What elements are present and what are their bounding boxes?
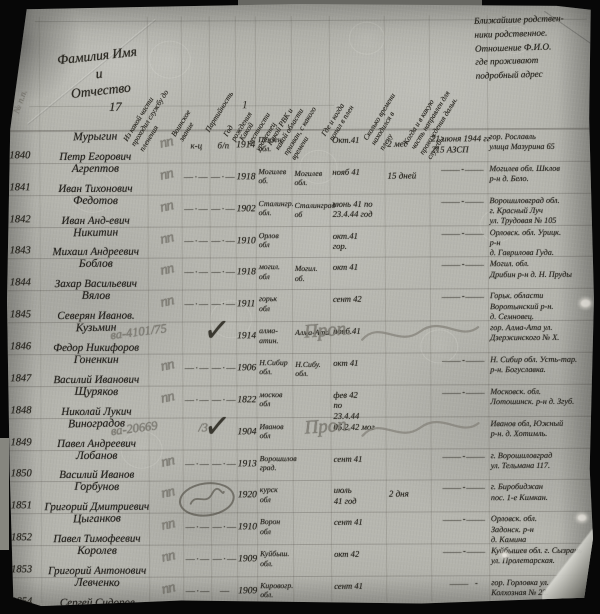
party-membership: —·— bbox=[207, 172, 241, 181]
given-name-patronymic: Василий Иванович bbox=[34, 373, 158, 386]
table-row: 1852ЦыганковПавел Тимофеевичпп—·——·—1910… bbox=[9, 511, 595, 545]
surname: Королев bbox=[43, 545, 151, 557]
capture-date: окт 42 bbox=[334, 549, 390, 560]
sent-to-unit: 21 июня 1944 гг 215 АЗСП bbox=[431, 133, 493, 155]
birthplace: Кировогр. обл. bbox=[260, 581, 298, 600]
given-name-patronymic: Иван Анд-евич bbox=[34, 214, 158, 227]
pencil-note-annotation: Проп. bbox=[304, 414, 352, 439]
surname: Щуряков bbox=[42, 385, 150, 398]
draft-place: Могилев обл. bbox=[294, 169, 334, 188]
draft-place: Сталинград об bbox=[295, 201, 335, 220]
surname: Горбунов bbox=[43, 481, 151, 494]
birthplace: Н.Сибир обл. bbox=[259, 358, 297, 377]
surname: Агрептов bbox=[41, 163, 149, 175]
birthplace: Могилев об. bbox=[258, 167, 296, 186]
surname: Никитин bbox=[42, 225, 150, 239]
birthplace: Сталингр. обл. bbox=[259, 199, 297, 218]
birthplace: Пензен. обл. bbox=[258, 135, 296, 154]
given-name-patronymic: Сергей Сидоров bbox=[35, 597, 159, 610]
table-row: 1847ГоненкинВасилий Ивановичпп—·——·—1906… bbox=[8, 352, 594, 386]
column-header-relatives: Ближайшие родствен- ники родственное. От… bbox=[474, 11, 596, 84]
capture-date: июль 41 год bbox=[334, 485, 390, 506]
draft-place: Н.Сибу. обл. bbox=[295, 360, 335, 379]
surname: Лобанов bbox=[43, 449, 151, 461]
record-rows: 1840МурыгинПетр Егоровичппк-цб/п1914Пенз… bbox=[7, 129, 595, 610]
relatives-address: Орловск. обл. Урицк. р-н д. Гаврилова Гу… bbox=[490, 227, 592, 258]
capture-date: окт.41 гор. bbox=[333, 230, 389, 251]
party-membership: —·— bbox=[207, 300, 241, 309]
party-membership: —·— bbox=[207, 204, 241, 213]
capture-date: окт 41 bbox=[333, 262, 389, 273]
sheet-number: 17 bbox=[109, 100, 122, 115]
surname: Левченко bbox=[43, 577, 151, 590]
ledger-sheet: № п.п. Фамилия Имя и Отчество 17 1 Ближа… bbox=[0, 0, 600, 614]
capture-date: июнь 41 по 23.4.44 год bbox=[333, 198, 389, 219]
check-mark-annotation: ✓ bbox=[202, 405, 232, 448]
party-membership: —·— bbox=[208, 554, 242, 563]
given-name-patronymic: Павел Тимофеевич bbox=[35, 533, 159, 546]
surname: Мурыгин bbox=[41, 130, 149, 144]
party-membership: —·— bbox=[207, 236, 241, 245]
surname: Цыганков bbox=[43, 512, 151, 526]
captivity-duration: 2 мес bbox=[387, 138, 433, 148]
page-corner-fold bbox=[542, 527, 600, 613]
party-membership: — bbox=[208, 586, 242, 595]
capture-date: Окт.41 bbox=[332, 135, 388, 146]
given-name-patronymic: Григорий Антонович bbox=[35, 565, 159, 578]
table-row: 1850ЛобановВасилий Ивановпп—·——·—1913Вор… bbox=[9, 447, 595, 481]
given-name-patronymic: Петр Егорович bbox=[33, 150, 157, 163]
relatives-address: Могил. обл. Дрибин р-н д. Н. Пруды bbox=[490, 259, 592, 280]
given-name-patronymic: Захар Васильевич bbox=[34, 278, 158, 291]
paper-hole bbox=[577, 514, 587, 522]
military-rank: к-ц bbox=[183, 140, 209, 150]
birthplace: горьк обл bbox=[259, 294, 297, 313]
unit-pencil-mark: пп bbox=[148, 131, 185, 155]
birthplace: Куйбыш. обл. bbox=[260, 549, 298, 568]
margin-note: № п.п. bbox=[11, 88, 29, 114]
pencil-flourish bbox=[360, 323, 480, 355]
table-row: 1842ФедотовИван Анд-евичпп—·——·—1902Стал… bbox=[8, 192, 594, 226]
party-membership: —·— bbox=[207, 395, 241, 404]
relatives-address: Горьк. области Воротынский р-н. д. Семно… bbox=[490, 291, 592, 322]
party-membership: —·— bbox=[207, 363, 241, 372]
table-row: 1840МурыгинПетр Егоровичппк-цб/п1914Пенз… bbox=[7, 129, 593, 163]
pencil-note-annotation: Проп. bbox=[303, 318, 351, 343]
birthplace: курск обл bbox=[260, 485, 298, 504]
paper-hole bbox=[501, 552, 508, 558]
column-header-name: Фамилия Имя и Отчество bbox=[40, 41, 157, 106]
table-row: 1841АгрептовИван Тихоновичпп—·——·—1918Мо… bbox=[7, 161, 593, 195]
relatives-address: Могилев обл. Шклов р-н д. Бело. bbox=[489, 164, 591, 185]
birthplace: москов обл bbox=[259, 390, 297, 409]
party-membership: —·— bbox=[208, 459, 242, 468]
scanned-document-photo: № п.п. Фамилия Имя и Отчество 17 1 Ближа… bbox=[0, 0, 600, 614]
birthplace: Орлов обл bbox=[259, 231, 297, 250]
given-name-patronymic: Павел Андреевич bbox=[35, 437, 159, 450]
given-name-patronymic: Иван Тихонович bbox=[33, 182, 157, 195]
capture-date: окт 41 bbox=[333, 358, 389, 369]
relatives-address: г. Ворошиловград ул. Тельмана 117. bbox=[491, 450, 593, 471]
birthplace: могил. обл bbox=[259, 262, 297, 281]
table-row: 1848ЩуряковНиколай Лукичпп—·——·—1822моск… bbox=[8, 384, 594, 418]
surname: Боблов bbox=[42, 258, 150, 270]
birthplace: Ворошилов град. bbox=[260, 454, 298, 473]
table-row: 1846КузьминФедор Никифоров1914алма- атин… bbox=[8, 320, 594, 354]
table-row: 1845ВяловСеверян Иванов.пп—·——·—1911горь… bbox=[8, 288, 594, 322]
relatives-address: Иванов обл, Южный р-н. д. Хотимль. bbox=[490, 418, 592, 439]
watermark-ring bbox=[349, 22, 385, 55]
party-membership: —·— bbox=[208, 523, 242, 532]
table-row: 1843НикитинМихаил Андреевичпп—·——·—1910О… bbox=[8, 224, 594, 258]
relatives-address: Ворошиловград обл. г. Красный Луч ул. Тр… bbox=[490, 195, 592, 226]
surname: Федотов bbox=[41, 194, 149, 207]
table-row: 1851ГорбуновГригорий Дмитриевичпп1920кур… bbox=[9, 479, 595, 513]
capture-date: сент 41 bbox=[334, 581, 390, 592]
pencil-flourish bbox=[360, 419, 480, 451]
paper-hole bbox=[580, 299, 591, 308]
check-mark-annotation: ✓ bbox=[202, 309, 232, 352]
relatives-address: гор. Алма-Ата ул. Дзержинского № Х. bbox=[490, 323, 592, 344]
adjacent-page-sliver-left bbox=[0, 438, 9, 550]
capture-date: сент 41 bbox=[334, 453, 390, 464]
capture-date: сент 42 bbox=[333, 294, 389, 305]
surname: Гоненкин bbox=[42, 354, 150, 366]
birthplace: алма- атин. bbox=[259, 326, 297, 345]
table-row: 1849ВиноградовПавел Андреевич1904Иванов … bbox=[8, 415, 594, 449]
capture-date: сент 41 bbox=[334, 517, 390, 528]
birthplace: Иванов обл bbox=[260, 422, 298, 441]
party-membership: б/п bbox=[210, 140, 236, 150]
draft-place: Могил. об. bbox=[295, 264, 335, 283]
relatives-address: г. Биробиджан пос. 1-е Кимкан. bbox=[491, 482, 593, 503]
relatives-address: гор. Рославль улица Мазурина 65 bbox=[489, 132, 591, 153]
relatives-address: Московск. обл. Лотошинск. р-н д. Згуб. bbox=[490, 387, 592, 408]
capture-date: нояб 41 bbox=[332, 166, 388, 177]
birthplace: Ворон обл bbox=[260, 517, 298, 536]
relatives-address: Н. Сибир обл. Усть-тар. р-н. Богуславка. bbox=[490, 355, 592, 376]
surname: Вялов bbox=[42, 290, 150, 303]
table-row: 1853КоролевГригорий Антоновичпп—·——·—190… bbox=[9, 543, 595, 577]
table-row: 1854ЛевченкоСергей Сидоровпп—·——1909Киро… bbox=[9, 575, 595, 609]
given-name-patronymic: Федор Никифоров bbox=[34, 342, 158, 355]
party-membership: —·— bbox=[207, 268, 241, 277]
given-name-patronymic: Николай Лукич bbox=[34, 405, 158, 418]
given-name-patronymic: Михаил Андреевич bbox=[34, 246, 158, 259]
table-row: 1844БобловЗахар Васильевичпп—·——·—1918мо… bbox=[8, 256, 594, 290]
